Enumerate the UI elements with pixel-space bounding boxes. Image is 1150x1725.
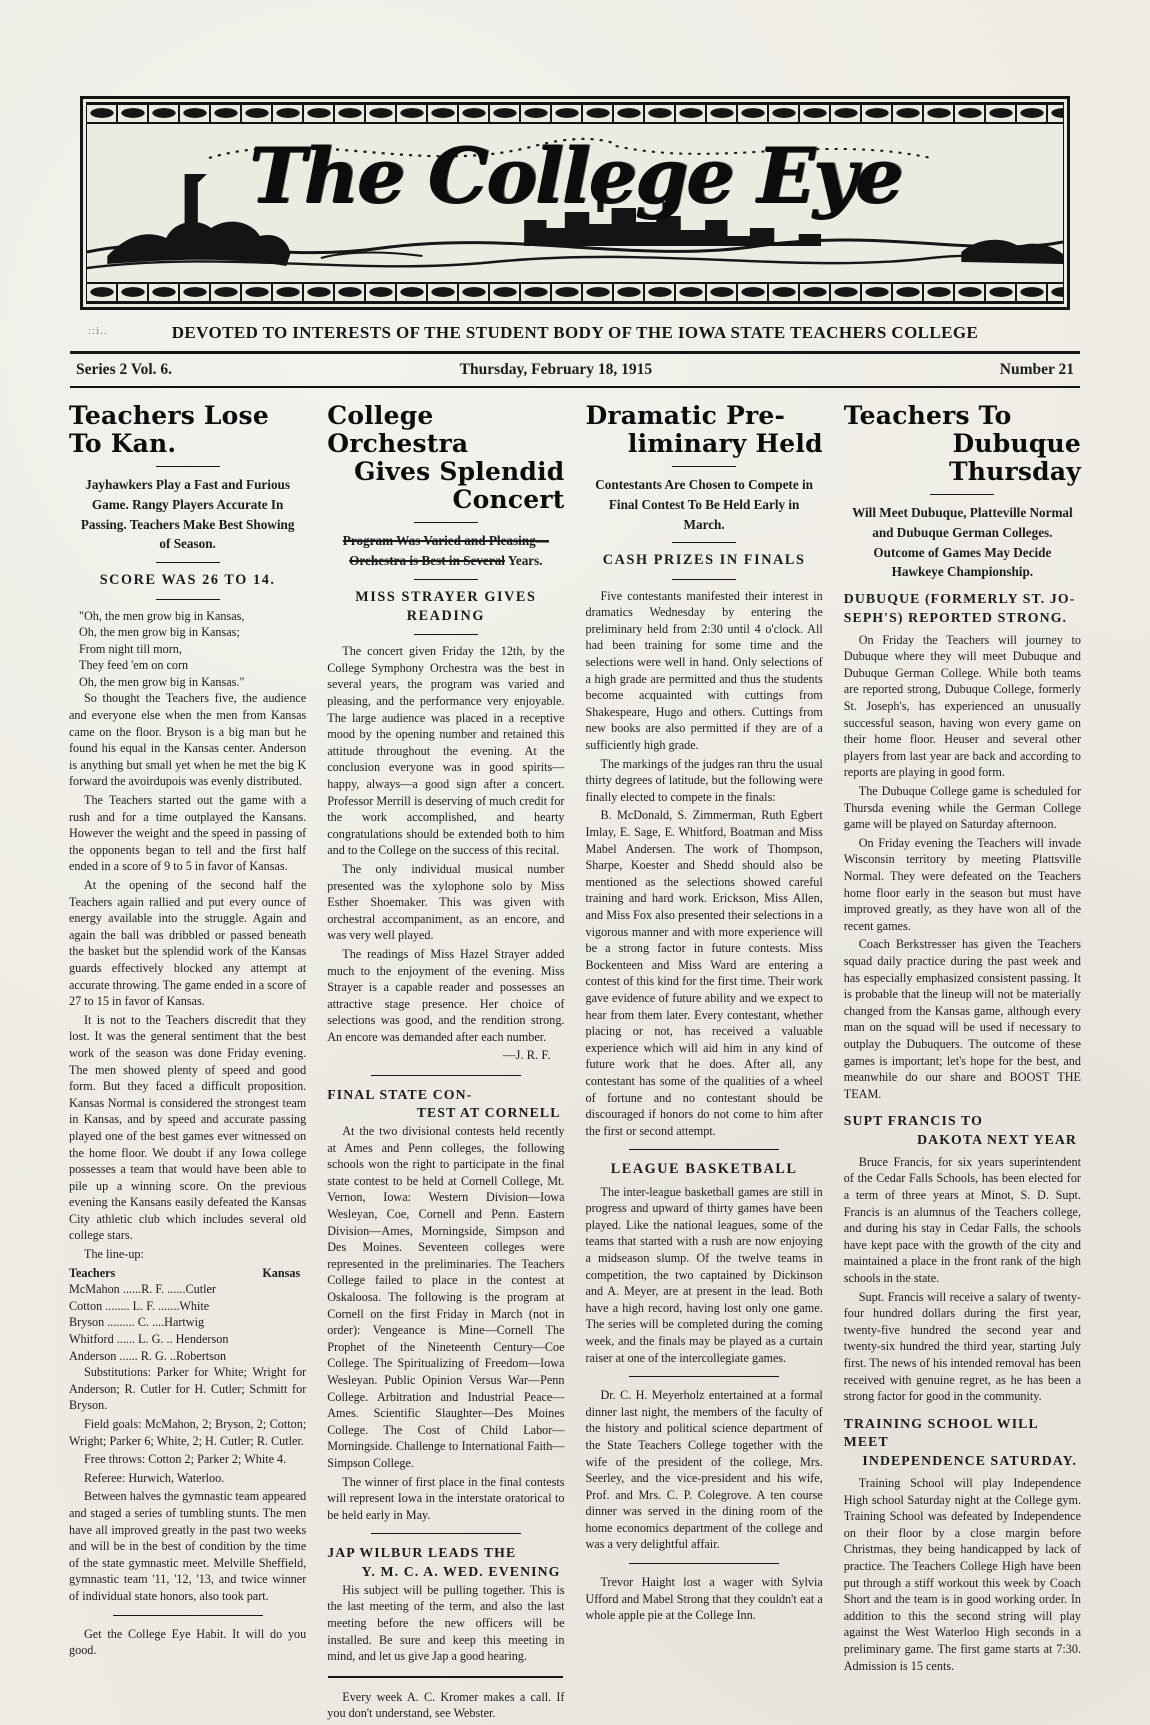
field-goals-note: Field goals: McMahon, 2; Bryson, 2; Cott… <box>69 1416 306 1449</box>
crosshead: DUBUQUE (FORMERLY ST. JO- SEPH'S) REPORT… <box>844 590 1081 628</box>
crosshead-line: SEPH'S) REPORTED STRONG. <box>844 609 1081 628</box>
masthead-inner-frame: The College Eye <box>86 102 1064 304</box>
headline-line: DAKOTA NEXT YEAR <box>844 1131 1081 1150</box>
headline: College Orchestra Gives Splendid Concert <box>327 402 564 514</box>
section-divider <box>156 466 220 467</box>
section-divider <box>672 579 736 580</box>
issue-number-label: Number 21 <box>1000 361 1074 379</box>
headline-line: FINAL STATE CON- <box>327 1087 472 1102</box>
section-divider <box>629 1376 779 1377</box>
crosshead-score: SCORE WAS 26 TO 14. <box>69 571 306 590</box>
headline: Dramatic Pre- liminary Held <box>586 402 823 458</box>
poem-line: Oh, the men grow big in Kansas." <box>79 674 306 691</box>
filler-notice: Get the College Eye Habit. It will do yo… <box>69 1626 306 1659</box>
away-team-name: Kansas <box>262 1265 300 1282</box>
headline-line: JAP WILBUR LEADS THE <box>327 1545 516 1560</box>
deck-subhead: Jayhawkers Play a Fast and Furious Game.… <box>75 475 300 554</box>
paragraph: His subject will be pulling together. Th… <box>327 1582 564 1665</box>
lineup-row: Bryson ......... C. ....Hartwig <box>69 1314 306 1331</box>
article-teachers-lose-to-kansas: Teachers Lose To Kan. Jayhawkers Play a … <box>69 394 306 1661</box>
paragraph: B. McDonald, S. Zimmerman, Ruth Egbert I… <box>586 807 823 1139</box>
headline-line: Dramatic Pre- <box>586 401 786 430</box>
paragraph: The only individual musical number prese… <box>327 861 564 944</box>
article-college-orchestra: College Orchestra Gives Splendid Concert… <box>327 394 564 1724</box>
print-smudge-artifact: ::i.. <box>88 325 108 337</box>
paragraph: The inter-league basketball games are st… <box>586 1184 823 1367</box>
paragraph: So thought the Teachers five, the audien… <box>69 690 306 790</box>
section-headline: LEAGUE BASKETBALL <box>586 1160 823 1179</box>
paragraph: Trevor Haight lost a wager with Sylvia U… <box>586 1574 823 1624</box>
paragraph: Between halves the gymnastic team appear… <box>69 1488 306 1604</box>
paragraph: Bruce Francis, for six years superintend… <box>844 1154 1081 1287</box>
section-divider <box>113 1615 263 1616</box>
section-divider <box>156 562 220 563</box>
paragraph: At the two divisional contests held rece… <box>327 1123 564 1471</box>
headline-line: Gives Splendid Concert <box>327 458 564 514</box>
section-headline: TRAINING SCHOOL WILL MEET INDEPENDENCE S… <box>844 1415 1081 1471</box>
paragraph: The Teachers started out the game with a… <box>69 792 306 875</box>
section-divider <box>414 579 478 580</box>
substitutions-note: Substitutions: Parker for White; Wright … <box>69 1364 306 1414</box>
masthead-frame: The College Eye <box>80 96 1070 310</box>
author-initials: —J. R. F. <box>327 1047 564 1064</box>
section-divider <box>672 542 736 543</box>
lineup-row: Cotton ........ L. F. .......White <box>69 1298 306 1315</box>
lineup-label: The line-up: <box>69 1246 306 1263</box>
issue-date-label: Thursday, February 18, 1915 <box>460 361 652 379</box>
headline-line: College Orchestra <box>327 401 468 458</box>
section-divider <box>629 1149 779 1150</box>
section-divider <box>414 634 478 635</box>
paragraph: On Friday the Teachers will journey to D… <box>844 632 1081 781</box>
lineup-row: Anderson ...... R. G. ..Robertson <box>69 1348 306 1365</box>
section-headline: SUPT FRANCIS TO DAKOTA NEXT YEAR <box>844 1112 1081 1150</box>
deck-subhead: Program Was Varied and Pleasing— Orchest… <box>333 531 558 571</box>
article-dramatic-preliminary: Dramatic Pre- liminary Held Contestants … <box>586 394 823 1626</box>
lineup-team-header: Teachers Kansas <box>69 1265 306 1282</box>
section-divider <box>371 1075 521 1076</box>
masthead: The College Eye ::i.. DEVOTED TO INTERES… <box>0 96 1150 388</box>
paragraph: Coach Berkstresser has given the Teacher… <box>844 936 1081 1102</box>
headline: Teachers To Dubuque Thursday <box>844 402 1081 486</box>
paragraph: Training School will play Independence H… <box>844 1475 1081 1674</box>
section-headline: JAP WILBUR LEADS THE Y. M. C. A. WED. EV… <box>327 1544 564 1582</box>
referee-note: Referee: Hurwich, Waterloo. <box>69 1470 306 1487</box>
deck-text: Years. <box>508 553 543 568</box>
headline-line: INDEPENDENCE SATURDAY. <box>844 1452 1081 1471</box>
poem-block: "Oh, the men grow big in Kansas, Oh, the… <box>79 608 306 691</box>
paragraph: It is not to the Teachers discredit that… <box>69 1012 306 1244</box>
home-team-name: Teachers <box>69 1265 115 1282</box>
article-columns: Teachers Lose To Kan. Jayhawkers Play a … <box>69 394 1081 1724</box>
section-divider <box>629 1563 779 1564</box>
section-divider <box>371 1533 521 1534</box>
filler-notice: Every week A. C. Kromer makes a call. If… <box>327 1689 564 1722</box>
paragraph: Supt. Francis will receive a salary of t… <box>844 1289 1081 1405</box>
headline-line: SUPT FRANCIS TO <box>844 1113 983 1128</box>
deck-subhead: Will Meet Dubuque, Platteville Normal an… <box>850 503 1075 582</box>
poem-line: From night till morn, <box>79 641 306 658</box>
crosshead-line: DUBUQUE (FORMERLY ST. JO- <box>844 591 1076 606</box>
tagline-row: ::i.. DEVOTED TO INTERESTS OF THE STUDEN… <box>0 323 1150 343</box>
dateline-wrap: Series 2 Vol. 6. Thursday, February 18, … <box>70 351 1080 388</box>
crosshead: CASH PRIZES IN FINALS <box>586 551 823 570</box>
paper-tagline: DEVOTED TO INTERESTS OF THE STUDENT BODY… <box>172 323 979 343</box>
paragraph: The Dubuque College game is scheduled fo… <box>844 783 1081 833</box>
masthead-banner: The College Eye <box>87 124 1063 282</box>
headline-line: Dubuque Thursday <box>844 430 1081 486</box>
paragraph: At the opening of the second half the Te… <box>69 877 306 1010</box>
poem-line: They feed 'em on corn <box>79 657 306 674</box>
masthead-oval-border-bottom <box>87 282 1063 303</box>
free-throws-note: Free throws: Cotton 2; Parker 2; White 4… <box>69 1451 306 1468</box>
lineup-row: McMahon ......R. F. ......Cutler <box>69 1281 306 1298</box>
paragraph: The winner of first place in the final c… <box>327 1474 564 1524</box>
lineup-row: Whitford ...... L. G. .. Henderson <box>69 1331 306 1348</box>
paper-title: The College Eye <box>87 138 1063 214</box>
paragraph: On Friday evening the Teachers will inva… <box>844 835 1081 935</box>
crosshead: MISS STRAYER GIVES READING <box>327 588 564 627</box>
newspaper-front-page: The College Eye ::i.. DEVOTED TO INTERES… <box>0 0 1150 1725</box>
section-divider <box>328 1676 563 1678</box>
paragraph: The markings of the judges ran thru the … <box>586 756 823 806</box>
paragraph: The concert given Friday the 12th, by th… <box>327 643 564 859</box>
section-divider <box>672 466 736 467</box>
section-divider <box>156 599 220 600</box>
masthead-oval-border-top <box>87 103 1063 124</box>
headline-line: liminary Held <box>586 430 823 458</box>
paragraph: The readings of Miss Hazel Strayer added… <box>327 946 564 1046</box>
headline-line: Teachers To <box>844 401 1012 430</box>
paragraph: Dr. C. H. Meyerholz entertained at a for… <box>586 1387 823 1553</box>
deck-subhead: Contestants Are Chosen to Compete in Fin… <box>592 475 817 534</box>
paragraph: Five contestants manifested their intere… <box>586 588 823 754</box>
section-divider <box>414 522 478 523</box>
headline-line: TEST AT CORNELL <box>327 1104 564 1123</box>
edition-volume-label: Series 2 Vol. 6. <box>76 361 172 379</box>
poem-line: "Oh, the men grow big in Kansas, <box>79 608 306 625</box>
section-divider <box>930 494 994 495</box>
headline: Teachers Lose To Kan. <box>69 402 306 458</box>
headline-line: Y. M. C. A. WED. EVENING <box>327 1563 564 1582</box>
article-teachers-to-dubuque: Teachers To Dubuque Thursday Will Meet D… <box>844 394 1081 1676</box>
section-headline: FINAL STATE CON- TEST AT CORNELL <box>327 1086 564 1124</box>
headline-line: TRAINING SCHOOL WILL MEET <box>844 1416 1038 1450</box>
poem-line: Oh, the men grow big in Kansas; <box>79 624 306 641</box>
dateline: Series 2 Vol. 6. Thursday, February 18, … <box>70 351 1080 388</box>
